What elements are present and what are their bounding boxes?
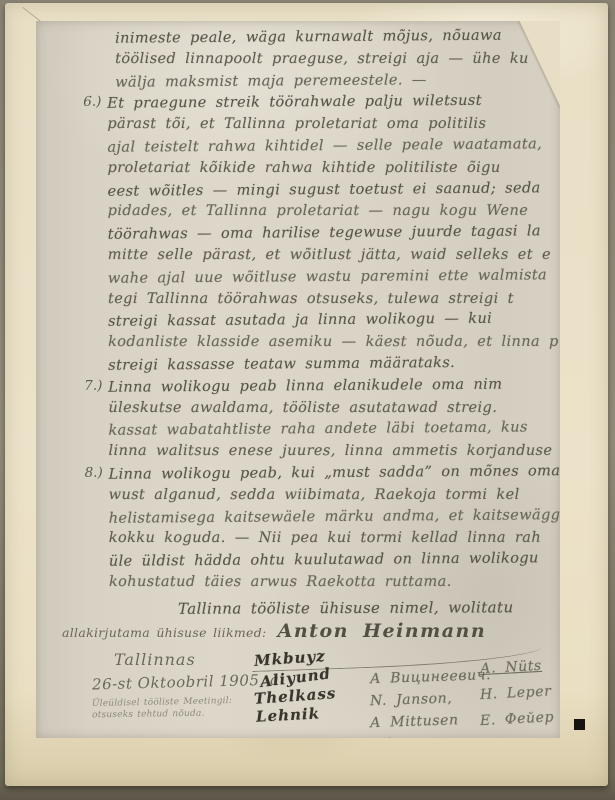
pencil-annotation: Üleüldisel tööliste Meetingil:otsuseks t… (92, 694, 280, 721)
paragraph-number: 8.) (85, 465, 107, 481)
document-date: 26-st Oktoobril 1905. a (92, 671, 280, 694)
handwritten-line: kokku koguda. — Nii pea kui tormi kellad… (109, 528, 560, 550)
closing-statement: Tallinna tööliste ühisuse nimel, wolitat… (178, 598, 514, 620)
handwritten-line: ajal teistelt rahwa kihtidel — selle pea… (107, 134, 559, 159)
handwritten-line: wahe ajal uue wõitluse wastu paremini et… (108, 265, 560, 290)
folded-photo-corner (519, 21, 560, 108)
paragraph-8-lines: Linna wolikogu peab, kui „must sadda” on… (87, 462, 560, 594)
handwritten-line: töörahwas — oma harilise tegewuse juurde… (108, 221, 560, 246)
authorization-line: allakirjutama ühisuse liikmed: Anton Hei… (62, 620, 486, 642)
intro-lines: inimeste peale, wäga kurnawalt mõjus, nõ… (85, 26, 559, 93)
handwritten-line: kohustatud täies arwus Raekotta ruttama. (109, 572, 560, 594)
signature-column-3: А. NütsH. LeperЕ. Фейер (480, 654, 560, 732)
photo-scan-stage: inimeste peale, wäga kurnawalt mõjus, nõ… (0, 0, 615, 800)
handwritten-line: linna walitsus enese juures, linna ammet… (108, 441, 560, 463)
handwritten-line: üle üldist hädda ohtu kuulutawad on linn… (109, 548, 560, 573)
paragraph-6: 6.) Et praegune streik töörahwale palju … (85, 92, 560, 377)
handwritten-line: Е. Фейер (479, 704, 560, 734)
paragraph-number: 6.) (83, 94, 105, 110)
handwritten-line: helistamisega kaitsewäele märku andma, e… (109, 505, 560, 530)
handwritten-line: streigi kassat asutada ja linna wolikogu… (108, 309, 560, 334)
handwritten-line: Linna wolikogu peab linna elanikudele om… (108, 374, 560, 399)
handwritten-line: pidades, et Tallinna proletariat — nagu … (108, 201, 560, 223)
handwritten-line: otsuseks tehtud nõuda. (92, 707, 280, 722)
paragraph-continuation: inimeste peale, wäga kurnawalt mõjus, nõ… (85, 26, 559, 93)
handwritten-line: eest wõitles — mingi sugust toetust ei s… (108, 178, 560, 203)
photographed-document: inimeste peale, wäga kurnawalt mõjus, nõ… (36, 21, 560, 738)
signature-column-1: MkbuyzAliyundThelkassLehnik (254, 648, 364, 724)
paragraph-number: 7.) (84, 378, 106, 394)
black-corner-mark (574, 719, 585, 730)
paragraph-7: 7.) Linna wolikogu peab linna elanikudel… (86, 375, 560, 464)
paragraph-6-lines: Et praegune streik töörahwale palju wile… (85, 92, 560, 377)
authorization-prefix: allakirjutama ühisuse liikmed: (62, 625, 267, 640)
dateline-block: Tallinnas 26-st Oktoobril 1905. a Üleüld… (92, 650, 279, 720)
paragraph-8: 8.) Linna wolikogu peab, kui „must sadda… (87, 462, 560, 594)
handwritten-line: mitte selle pärast, et wõitlust jätta, w… (108, 245, 560, 267)
handwritten-line: Et praegune streik töörahwale palju wile… (107, 91, 559, 116)
closing-line: Tallinna tööliste ühisuse nimel, wolitat… (178, 597, 514, 620)
handwritten-line: töölised linnapoolt praeguse, streigi aj… (115, 49, 559, 71)
handwritten-line: wust alganud, sedda wiibimata, Raekoja t… (109, 485, 560, 507)
handwritten-line: pärast tõi, et Tallinna proletariat oma … (107, 114, 559, 136)
signature-anton-heinmann: Anton Heinmann (278, 620, 487, 642)
date-and-signatures: Tallinnas 26-st Oktoobril 1905. a Üleüld… (36, 650, 560, 738)
handwritten-line: Linna wolikogu peab, kui „must sadda” on… (108, 461, 560, 486)
handwritten-line: tegi Tallinna töörahwas otsuseks, tulewa… (108, 288, 560, 310)
handwritten-line: streigi kassasse teataw summa määrataks. (108, 352, 560, 377)
handwritten-line: kassat wabatahtliste raha andete läbi to… (108, 418, 560, 443)
handwritten-line: inimeste peale, wäga kurnawalt mõjus, nõ… (115, 25, 559, 50)
handwritten-text-column: inimeste peale, wäga kurnawalt mõjus, nõ… (85, 26, 560, 594)
paragraph-7-lines: Linna wolikogu peab linna elanikudele om… (86, 375, 560, 464)
handwritten-line: üleskutse awaldama, tööliste asutatawad … (108, 397, 560, 419)
handwritten-line: proletariat kõikide rahwa kihtide politi… (108, 158, 560, 180)
handwritten-line: kodanliste klasside asemiku — käest nõud… (108, 332, 560, 354)
